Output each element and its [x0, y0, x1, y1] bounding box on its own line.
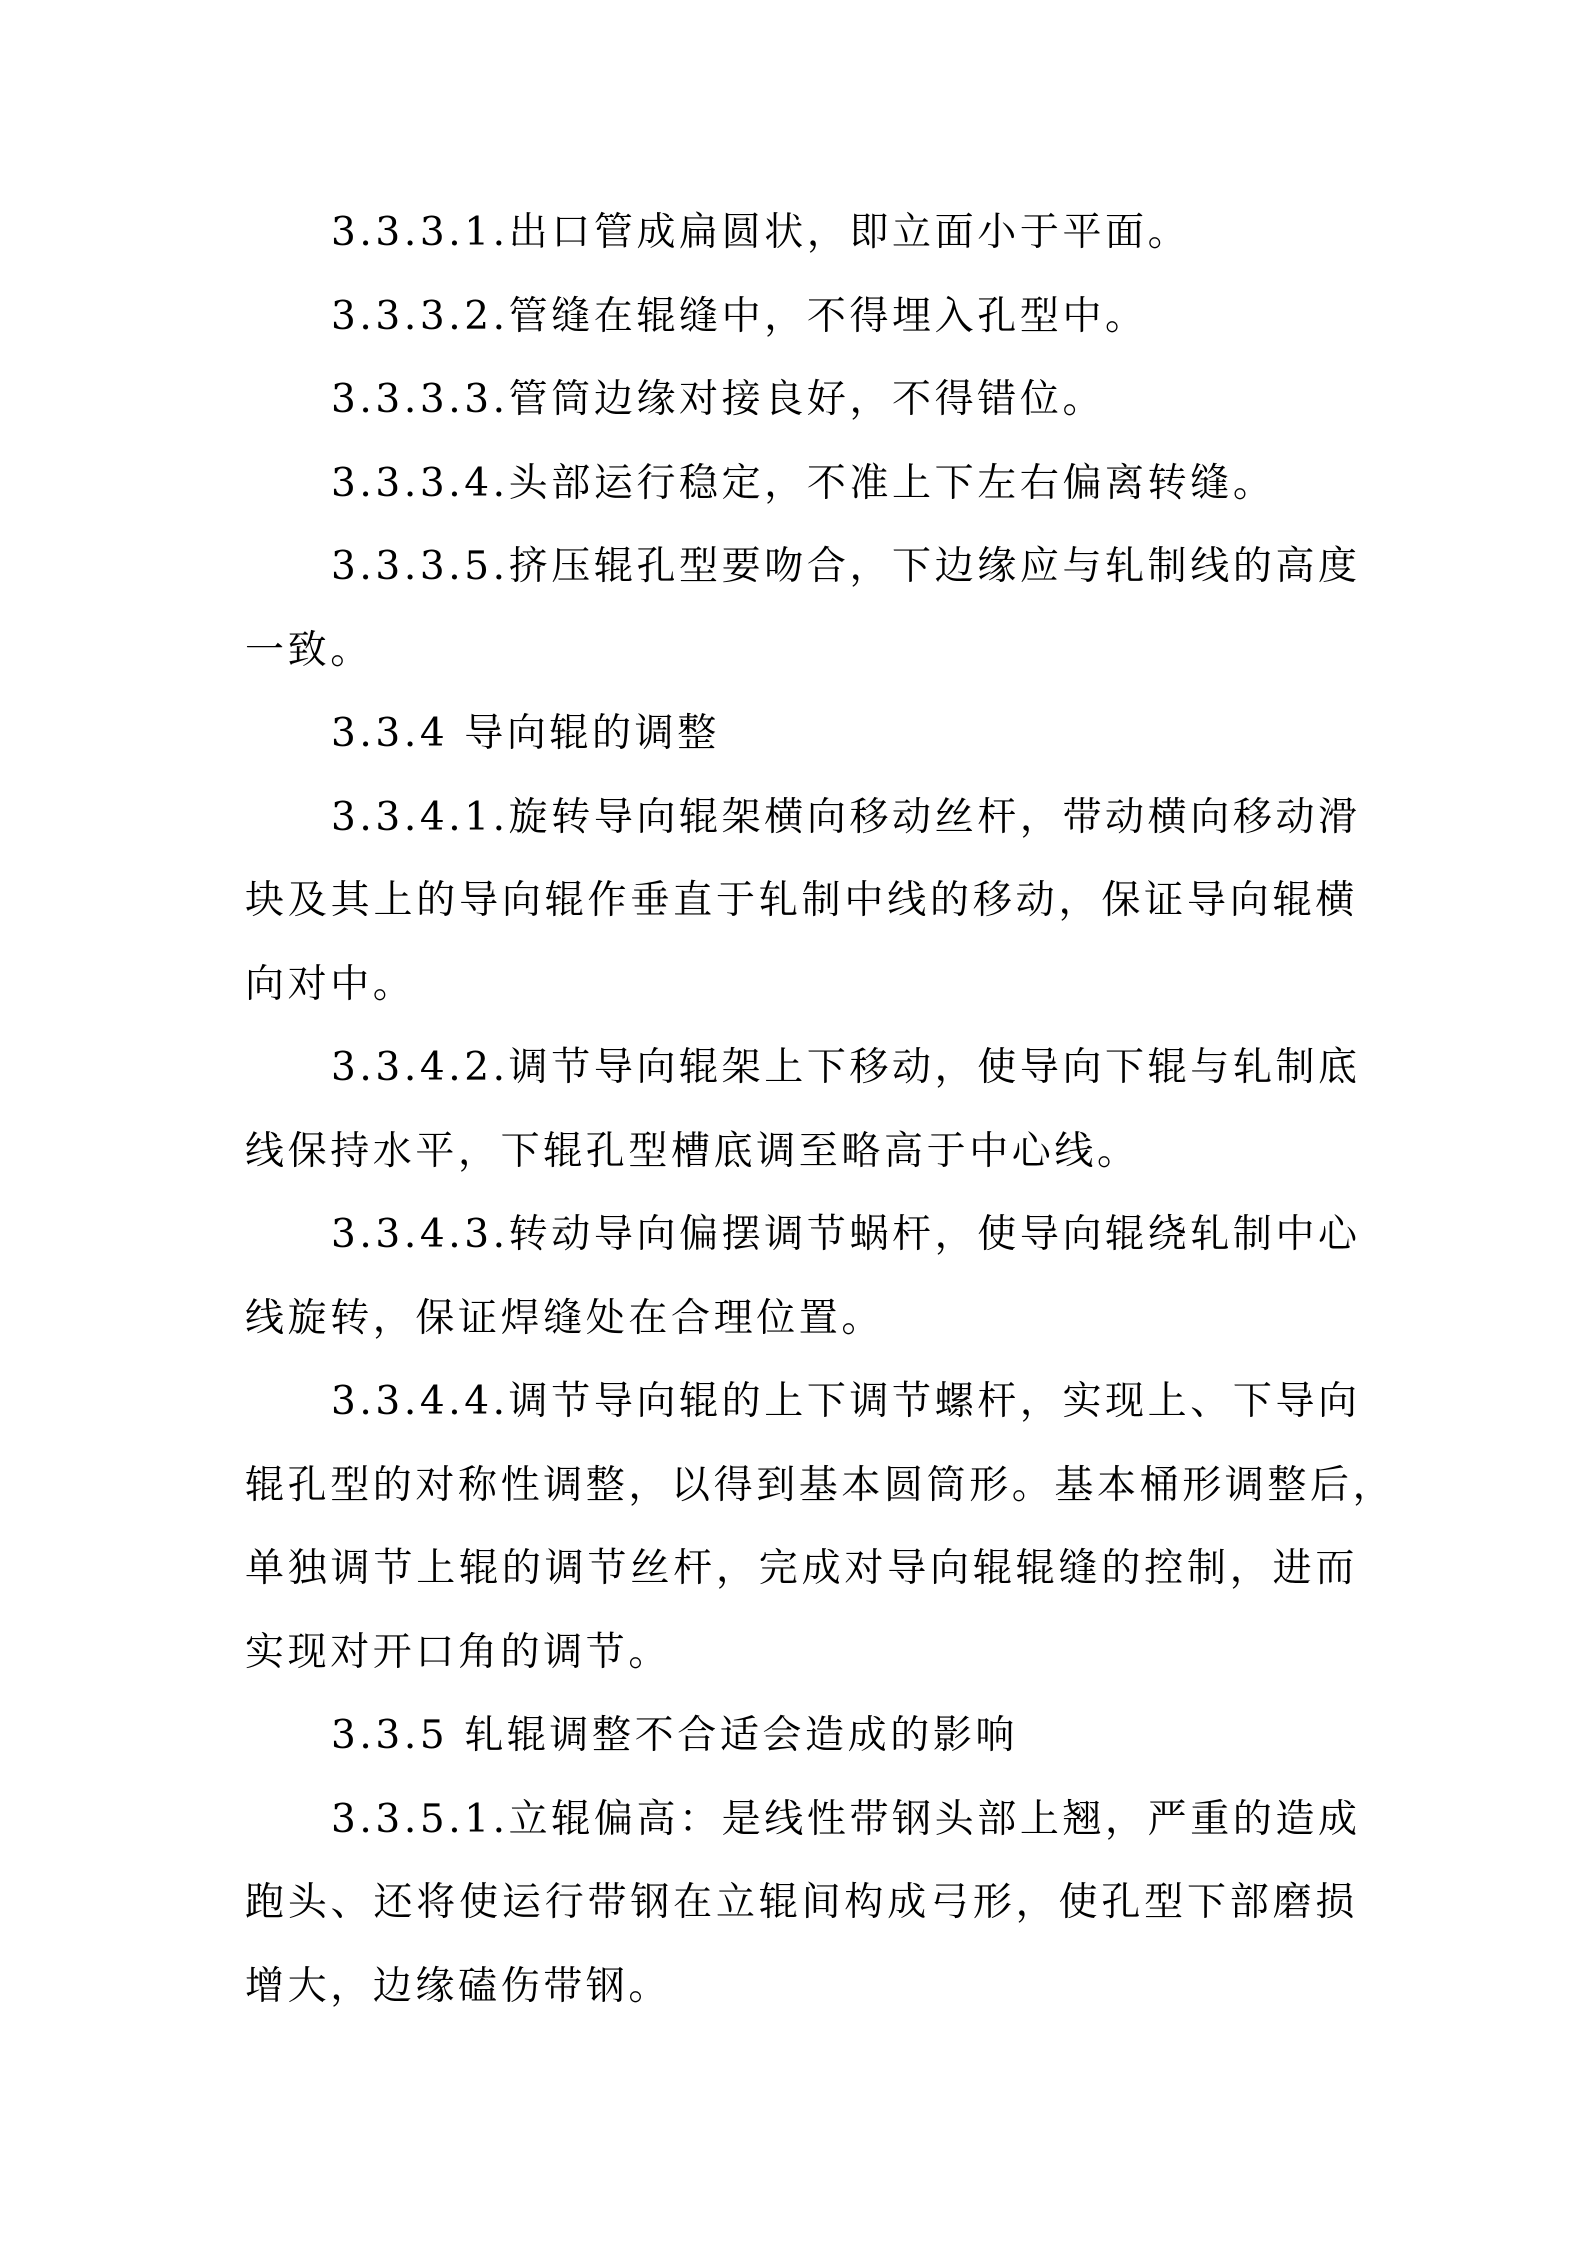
- paragraph-3-3-3-1: 3.3.3.1.出口管成扁圆状，即立面小于平面。: [245, 191, 1358, 275]
- paragraph-3-3-5-1-line-3: 增大，边缘磕伤带钢。: [245, 1945, 1358, 2029]
- paragraph-3-3-4-1-line-1: 3.3.4.1.旋转导向辊架横向移动丝杆，带动横向移动滑: [245, 776, 1358, 860]
- paragraph-3-3-3-5-line-1: 3.3.3.5.挤压辊孔型要吻合，下边缘应与轧制线的高度: [245, 525, 1358, 609]
- paragraph-3-3-3-3: 3.3.3.3.管筒边缘对接良好，不得错位。: [245, 358, 1358, 442]
- paragraph-3-3-4-3-line-2: 线旋转，保证焊缝处在合理位置。: [245, 1277, 1358, 1361]
- paragraph-3-3-4-2-line-2: 线保持水平，下辊孔型槽底调至略高于中心线。: [245, 1110, 1358, 1194]
- document-page: 3.3.3.1.出口管成扁圆状，即立面小于平面。 3.3.3.2.管缝在辊缝中，…: [0, 0, 1587, 2245]
- paragraph-3-3-4-3-line-1: 3.3.4.3.转动导向偏摆调节蜗杆，使导向辊绕轧制中心: [245, 1193, 1358, 1277]
- paragraph-3-3-3-4: 3.3.3.4.头部运行稳定，不准上下左右偏离转缝。: [245, 442, 1358, 526]
- paragraph-3-3-4-1-line-2: 块及其上的导向辊作垂直于轧制中线的移动，保证导向辊横: [245, 859, 1358, 943]
- paragraph-3-3-4-1-line-3: 向对中。: [245, 943, 1358, 1027]
- paragraph-3-3-4-2-line-1: 3.3.4.2.调节导向辊架上下移动，使导向下辊与轧制底: [245, 1026, 1358, 1110]
- paragraph-3-3-4-4-line-3: 单独调节上辊的调节丝杆，完成对导向辊辊缝的控制，进而: [245, 1527, 1358, 1611]
- paragraph-3-3-4-4-line-4: 实现对开口角的调节。: [245, 1611, 1358, 1695]
- paragraph-3-3-4-4-line-2: 辊孔型的对称性调整，以得到基本圆筒形。基本桶形调整后，: [245, 1444, 1358, 1528]
- section-heading-3-3-5: 3.3.5 轧辊调整不合适会造成的影响: [245, 1694, 1358, 1778]
- paragraph-3-3-4-4-line-1: 3.3.4.4.调节导向辊的上下调节螺杆，实现上、下导向: [245, 1360, 1358, 1444]
- paragraph-3-3-5-1-line-2: 跑头、还将使运行带钢在立辊间构成弓形，使孔型下部磨损: [245, 1861, 1358, 1945]
- paragraph-3-3-3-2: 3.3.3.2.管缝在辊缝中，不得埋入孔型中。: [245, 275, 1358, 359]
- paragraph-3-3-3-5-line-2: 一致。: [245, 609, 1358, 693]
- paragraph-3-3-5-1-line-1: 3.3.5.1.立辊偏高：是线性带钢头部上翘，严重的造成: [245, 1778, 1358, 1862]
- section-heading-3-3-4: 3.3.4 导向辊的调整: [245, 692, 1358, 776]
